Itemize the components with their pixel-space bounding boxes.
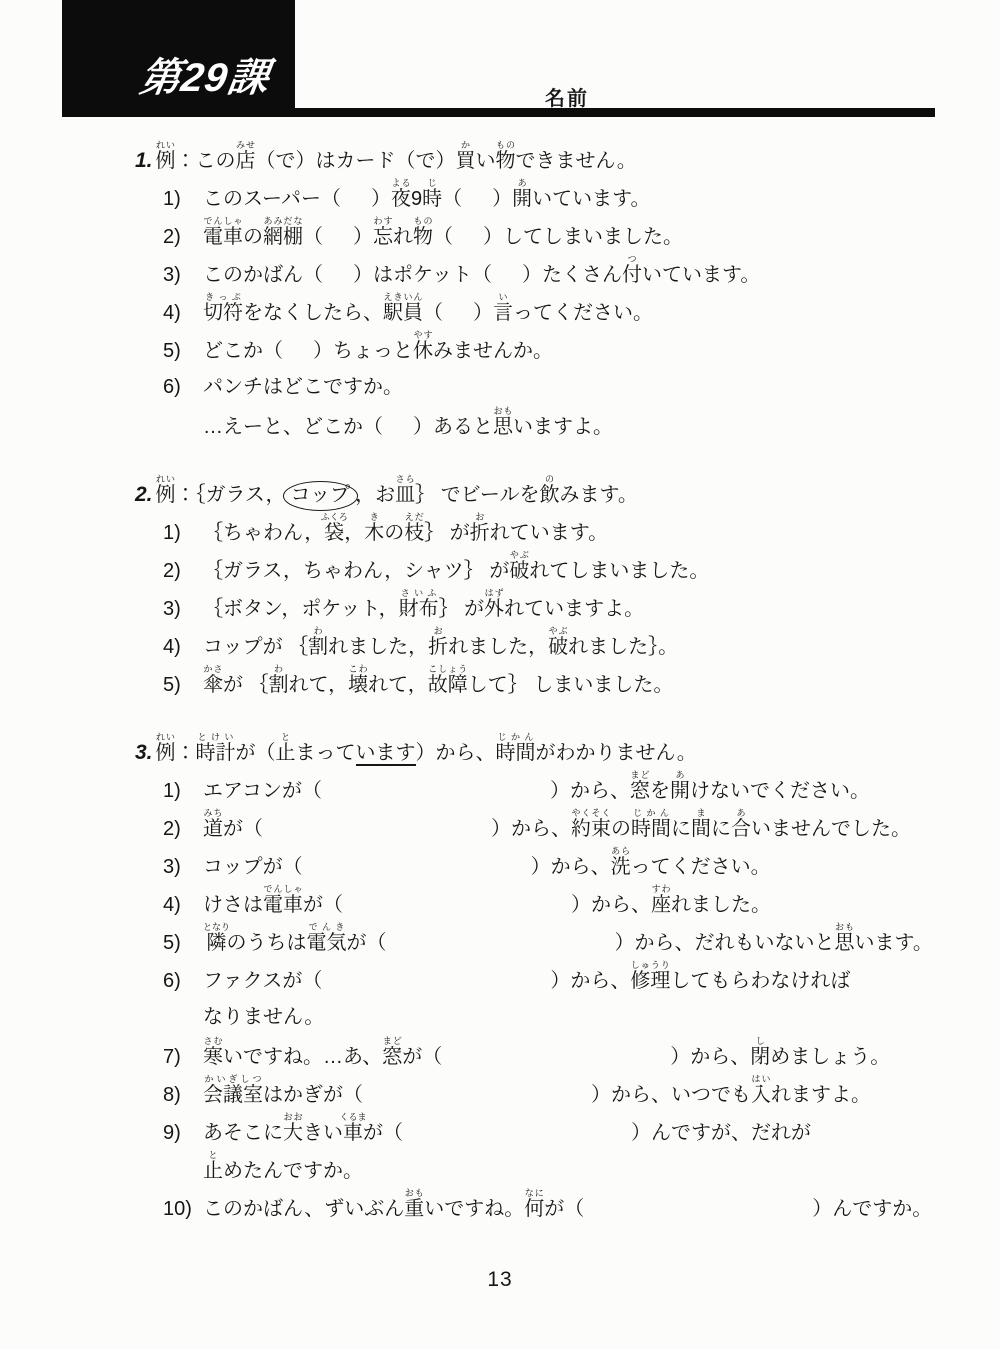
kanji-with-furigana: 止と (203, 1160, 223, 1182)
text-run: が (303, 894, 323, 916)
text-run: （で）はカード（で） (256, 150, 456, 172)
item-number: 5) (163, 666, 203, 704)
text-run: れました， (328, 636, 428, 658)
exercise-line: なりません。 (203, 998, 933, 1036)
kanji-with-furigana: 財布さいふ (399, 598, 439, 620)
text-run: ｝ が (424, 522, 470, 544)
header-rule (62, 108, 935, 117)
answer-blank: （） (363, 416, 433, 438)
text-run: けさは (203, 894, 263, 916)
text-run: れますよ。 (771, 1084, 871, 1106)
text-run: ）から、 (416, 742, 496, 764)
text-run: みます。 (559, 484, 637, 506)
text-run: いています。 (532, 188, 650, 210)
exercise-line: 10)このかばん、ずいぶん重おもいですね。何なにが（）んですか。 (163, 1188, 933, 1226)
item-number: 1) (163, 772, 203, 810)
text-run: いですね。…あ、 (223, 1046, 382, 1068)
kanji-with-furigana: 洗あら (611, 856, 631, 878)
text-run: して｝ しまいました。 (468, 674, 674, 696)
answer-blank: （） (243, 818, 511, 840)
kanji-with-furigana: 故障こしょう (428, 674, 468, 696)
item-number: 4) (163, 886, 203, 924)
text-run: コップが (203, 856, 283, 878)
text-run: れました， (448, 636, 548, 658)
page-number: 13 (0, 1268, 1000, 1292)
kanji-with-furigana: 皿さら (395, 484, 415, 506)
text-run: このかばん、ずいぶん (203, 1198, 404, 1220)
exercise-line: 5)隣となりのうちは電気でんきが（）から、だれもいないと思おもいます。 (163, 922, 933, 960)
kanji-with-furigana: 袋ふくろ (324, 522, 344, 544)
kanji-with-furigana: 電気でんき (307, 932, 347, 954)
kanji-with-furigana: 電車でんしゃ (263, 894, 303, 916)
answer-blank: （） (303, 226, 373, 248)
exercise-line: 1)エアコンが（）から、窓まどを開あけないでください。 (163, 770, 933, 808)
kanji-with-furigana: 破やぶ (548, 636, 568, 658)
text-run: ： (176, 484, 196, 506)
text-run: ｛ガラス， (196, 484, 286, 506)
text-run: のうちは (227, 932, 307, 954)
item-number: 1) (163, 180, 203, 218)
text-run: はポケット (373, 264, 472, 286)
exercise-line: 6)ファクスが（）から、修理しゅうりしてもらわなければ (163, 960, 933, 998)
kanji-with-furigana: 時じ (422, 188, 442, 210)
kanji-with-furigana: 店みせ (236, 150, 256, 172)
kanji-with-furigana: 寒さむ (203, 1046, 223, 1068)
text-run: ちょっと (333, 340, 413, 362)
answer-blank: （） (302, 970, 570, 992)
text-run: みませんか。 (433, 340, 553, 362)
text-run: に (711, 818, 731, 840)
item-number: 3) (163, 256, 203, 294)
text-run: コップが ｛ (203, 636, 308, 658)
kanji-with-furigana: 休やす (413, 340, 433, 362)
text-run: が（ (236, 742, 276, 764)
text-run: の (384, 522, 404, 544)
answer-blank: （） (321, 188, 391, 210)
text-run: いています。 (642, 264, 760, 286)
kanji-with-furigana: 忘わす (373, 226, 393, 248)
kanji-with-furigana: 網棚あみだな (263, 226, 303, 248)
kanji-with-furigana: 修理しゅうり (630, 970, 670, 992)
kanji-with-furigana: 会議室かいぎしつ (203, 1084, 263, 1106)
kanji-with-furigana: 駅員えきいん (383, 302, 423, 324)
kanji-with-furigana: 飲の (539, 484, 559, 506)
kanji-with-furigana: 物もの (413, 226, 433, 248)
kanji-with-furigana: 窓まど (630, 780, 650, 802)
kanji-with-furigana: 電車でんしゃ (203, 226, 243, 248)
kanji-with-furigana: 言い (493, 302, 513, 324)
answer-blank: （） (367, 932, 635, 954)
kanji-with-furigana: 何なに (524, 1198, 544, 1220)
kanji-with-furigana: 約束やくそく (571, 818, 611, 840)
text-run: れてしまいました。 (529, 560, 709, 582)
exercise-line: 3)このかばん（）はポケット（）たくさん付ついています。 (163, 254, 933, 292)
text-run: このかばん (203, 264, 303, 286)
answer-blank: （） (383, 1122, 651, 1144)
kanji-with-furigana: 傘かさ (203, 674, 223, 696)
kanji-with-furigana: 折お (428, 636, 448, 658)
item-number: 10) (163, 1190, 203, 1228)
kanji-with-furigana: 物もの (496, 150, 516, 172)
kanji-with-furigana: 閉し (750, 1046, 770, 1068)
text-run: います。 (855, 932, 933, 954)
text-run: ： (176, 742, 196, 764)
item-number: 9) (163, 1114, 203, 1152)
answer-blank: （） (564, 1198, 832, 1220)
text-run: れました｝。 (568, 636, 678, 658)
exercise-line: 4)けさは電車でんしゃが（）から、座すわれました。 (163, 884, 933, 922)
exercise-section: 2.例れい：｛ガラス，コップ，お皿さら｝ でビールを飲のみます。1)｛ちゃわん，… (135, 474, 933, 702)
item-number: 3) (163, 848, 203, 886)
text-run: きい (303, 1122, 343, 1144)
kanji-with-furigana: 隣となり (203, 932, 227, 954)
text-run: ｛ガラス，ちゃわん，シャツ｝ が (203, 560, 509, 582)
text-run: パンチはどこですか。 (203, 376, 403, 398)
text-run: をなくしたら、 (243, 302, 383, 324)
exercise-line: 1)このスーパー（）夜よる9時じ（）開あいています。 (163, 178, 933, 216)
section-number: 2. (135, 483, 153, 506)
text-run: まって (296, 742, 356, 764)
name-field-label: 名前 (545, 82, 589, 111)
kanji-with-furigana: 枝えだ (404, 522, 424, 544)
item-number: 5) (163, 924, 203, 962)
text-run: いですね。 (424, 1198, 524, 1220)
answer-blank: （） (423, 302, 493, 324)
item-number: 1) (163, 514, 203, 552)
exercise-line: 4)コップが ｛割われました，折おれました，破やぶれました｝。 (163, 626, 933, 664)
exercise-line: 6)パンチはどこですか。 (163, 368, 933, 406)
text-run: の (611, 818, 631, 840)
kanji-with-furigana: 割わ (308, 636, 328, 658)
exercise-line: 2)｛ガラス，ちゃわん，シャツ｝ が破やぶれてしまいました。 (163, 550, 933, 588)
exercise-list: 1.例れい：この店みせ（で）はカード（で）買かい物ものできません。1)このスーパ… (135, 140, 933, 1256)
text-run: ｛ボタン，ポケット， (203, 598, 399, 620)
text-run: けないでください。 (690, 780, 870, 802)
item-number: 5) (163, 332, 203, 370)
text-run: れています。 (490, 522, 608, 544)
text-run: あると (433, 416, 493, 438)
kanji-with-furigana: 時間じかん (496, 742, 536, 764)
kanji-with-furigana: 時間じかん (631, 818, 671, 840)
exercise-line: 3)コップが（）から、洗あらってください。 (163, 846, 933, 884)
text-run: れました。 (671, 894, 771, 916)
kanji-with-furigana: 時計とけい (196, 742, 236, 764)
kanji-with-furigana: 思おも (835, 932, 855, 954)
exercise-line: 1)｛ちゃわん，袋ふくろ，木きの枝えだ｝ が折おれています。 (163, 512, 933, 550)
answer-blank: （） (302, 780, 570, 802)
text-run: できません。 (516, 150, 637, 172)
exercise-line: 3)｛ボタン，ポケット，財布さいふ｝ が外はずれていますよ。 (163, 588, 933, 626)
text-run: が ｛ (223, 674, 269, 696)
item-number: 6) (163, 368, 203, 406)
text-run: れていますよ。 (504, 598, 644, 620)
exercise-line: 9)あそこに大おおきい車くるまが（）んですが、だれが (163, 1112, 933, 1150)
example-line: 3.例れい：時計とけいが（止とまっています）から、時間じかんがわかりません。 (135, 732, 933, 770)
text-run: めましょう。 (770, 1046, 890, 1068)
text-run: んですが、だれが (651, 1122, 811, 1144)
text-run: が (223, 818, 243, 840)
example-line: 2.例れい：｛ガラス，コップ，お皿さら｝ でビールを飲のみます。 (135, 474, 933, 512)
kanji-with-furigana: 座すわ (651, 894, 671, 916)
text-run: が (544, 1198, 564, 1220)
answer-blank: （） (472, 264, 542, 286)
kanji-with-furigana: 合あ (731, 818, 751, 840)
text-run: から、だれもいないと (635, 932, 835, 954)
text-run: の (243, 226, 263, 248)
kanji-with-furigana: 買か (456, 150, 476, 172)
kanji-with-furigana: 例れい (156, 150, 176, 172)
text-run: から、 (551, 856, 611, 878)
item-number: 2) (163, 810, 203, 848)
text-run: から、 (570, 780, 630, 802)
text-run: ってください。 (513, 302, 653, 324)
kanji-with-furigana: 例れい (156, 484, 176, 506)
exercise-line: 4)切符きっぷをなくしたら、駅員えきいん（）言いってください。 (163, 292, 933, 330)
text-run: れ (393, 226, 413, 248)
text-run: エアコンが (203, 780, 302, 802)
kanji-with-furigana: 間ま (691, 818, 711, 840)
underlined-answer: います (356, 742, 416, 766)
text-run: んですか。 (832, 1198, 932, 1220)
exercise-section: 3.例れい：時計とけいが（止とまっています）から、時間じかんがわかりません。1)… (135, 732, 933, 1226)
text-run: が (402, 1046, 422, 1068)
kanji-with-furigana: 重おも (404, 1198, 424, 1220)
kanji-with-furigana: 破やぶ (509, 560, 529, 582)
kanji-with-furigana: 例れい (156, 742, 176, 764)
text-run: がわかりません。 (536, 742, 697, 764)
text-run: から、 (570, 970, 630, 992)
exercise-line: 8)会議室かいぎしつはかぎが（）から、いつでも入はいれますよ。 (163, 1074, 933, 1112)
text-run: ってください。 (631, 856, 771, 878)
answer-blank: （） (263, 340, 333, 362)
item-number: 8) (163, 1076, 203, 1114)
kanji-with-furigana: 折お (470, 522, 490, 544)
text-run: から、 (591, 894, 651, 916)
lesson-title: 第29課 (136, 46, 273, 103)
exercise-line: …えーと、どこか（）あると思おもいますよ。 (203, 406, 933, 444)
item-number: 4) (163, 294, 203, 332)
exercise-line: 2)電車でんしゃの網棚あみだな（）忘わすれ物もの（）してしまいました。 (163, 216, 933, 254)
text-run: から、 (511, 818, 571, 840)
kanji-with-furigana: 木き (364, 522, 384, 544)
text-run: ， (344, 522, 364, 544)
section-number: 3. (135, 741, 153, 764)
item-number: 2) (163, 218, 203, 256)
text-run: してもらわなければ (670, 970, 850, 992)
kanji-with-furigana: 大おお (283, 1122, 303, 1144)
text-run: ： (176, 150, 196, 172)
kanji-with-furigana: 道みち (203, 818, 223, 840)
text-run: このスーパー (203, 188, 321, 210)
exercise-line: 止とめたんですか。 (203, 1150, 933, 1188)
text-run: れて， (368, 674, 428, 696)
exercise-line: 5)傘かさが ｛割われて，壊こわれて，故障こしょうして｝ しまいました。 (163, 664, 933, 702)
kanji-with-furigana: 割わ (269, 674, 289, 696)
text-run: どこか (203, 340, 263, 362)
kanji-with-furigana: 入はい (751, 1084, 771, 1106)
lesson-header-box: 第29課 (62, 0, 295, 117)
item-number: 2) (163, 552, 203, 590)
kanji-with-furigana: 開あ (670, 780, 690, 802)
example-line: 1.例れい：この店みせ（で）はカード（で）買かい物ものできません。 (135, 140, 933, 178)
kanji-with-furigana: 切符きっぷ (203, 302, 243, 324)
text-run: れて， (289, 674, 349, 696)
text-run: してしまいました。 (503, 226, 683, 248)
circled-answer: コップ (283, 481, 359, 511)
text-run: ，お (355, 484, 395, 506)
text-run: めたんですか。 (223, 1160, 363, 1182)
text-run: ｛ちゃわん， (203, 522, 324, 544)
text-run: から、 (690, 1046, 750, 1068)
answer-blank: （） (283, 856, 551, 878)
exercise-section: 1.例れい：この店みせ（で）はカード（で）買かい物ものできません。1)このスーパ… (135, 140, 933, 444)
answer-blank: （） (422, 1046, 690, 1068)
text-run: いますよ。 (513, 416, 613, 438)
exercise-line: 2)道みちが（）から、約束やくそくの時間じかんに間まに合あいませんでした。 (163, 808, 933, 846)
kanji-with-furigana: 外はず (484, 598, 504, 620)
text-run: い (476, 150, 496, 172)
answer-blank: （） (343, 1084, 611, 1106)
text-run: たくさん (542, 264, 622, 286)
text-run: を (650, 780, 670, 802)
answer-blank: （） (433, 226, 503, 248)
text-run: いませんでした。 (751, 818, 911, 840)
answer-blank: （） (442, 188, 512, 210)
item-number: 7) (163, 1038, 203, 1076)
exercise-line: 5)どこか（）ちょっと休やすみませんか。 (163, 330, 933, 368)
kanji-with-furigana: 窓まど (382, 1046, 402, 1068)
kanji-with-furigana: 夜よる (391, 188, 411, 210)
text-run: はかぎが (263, 1084, 343, 1106)
section-number: 1. (135, 149, 153, 172)
text-run: …えーと、どこか (203, 416, 363, 438)
text-run: ｝ でビールを (415, 484, 539, 506)
kanji-with-furigana: 車くるま (343, 1122, 363, 1144)
worksheet-page: 第29課 名前 1.例れい：この店みせ（で）はカード（で）買かい物ものできません… (0, 0, 1000, 1349)
kanji-with-furigana: 壊こわ (348, 674, 368, 696)
text-run: ｝ が (439, 598, 485, 620)
kanji-with-furigana: 止と (276, 742, 296, 764)
text-run: に (671, 818, 691, 840)
text-run: なりません。 (203, 1006, 324, 1028)
text-run: この (196, 150, 236, 172)
text-run: が (363, 1122, 383, 1144)
item-number: 6) (163, 962, 203, 1000)
item-number: 4) (163, 628, 203, 666)
exercise-line: 7)寒さむいですね。…あ、窓まどが（）から、閉しめましょう。 (163, 1036, 933, 1074)
kanji-with-furigana: 思おも (493, 416, 513, 438)
kanji-with-furigana: 開あ (512, 188, 532, 210)
item-number: 3) (163, 590, 203, 628)
text-run: から、いつでも (611, 1084, 751, 1106)
answer-blank: （） (303, 264, 373, 286)
text-run: ファクスが (203, 970, 302, 992)
text-run: あそこに (203, 1122, 283, 1144)
text-run: 9 (411, 188, 422, 210)
kanji-with-furigana: 付つ (622, 264, 642, 286)
answer-blank: （） (323, 894, 591, 916)
text-run: が (347, 932, 367, 954)
